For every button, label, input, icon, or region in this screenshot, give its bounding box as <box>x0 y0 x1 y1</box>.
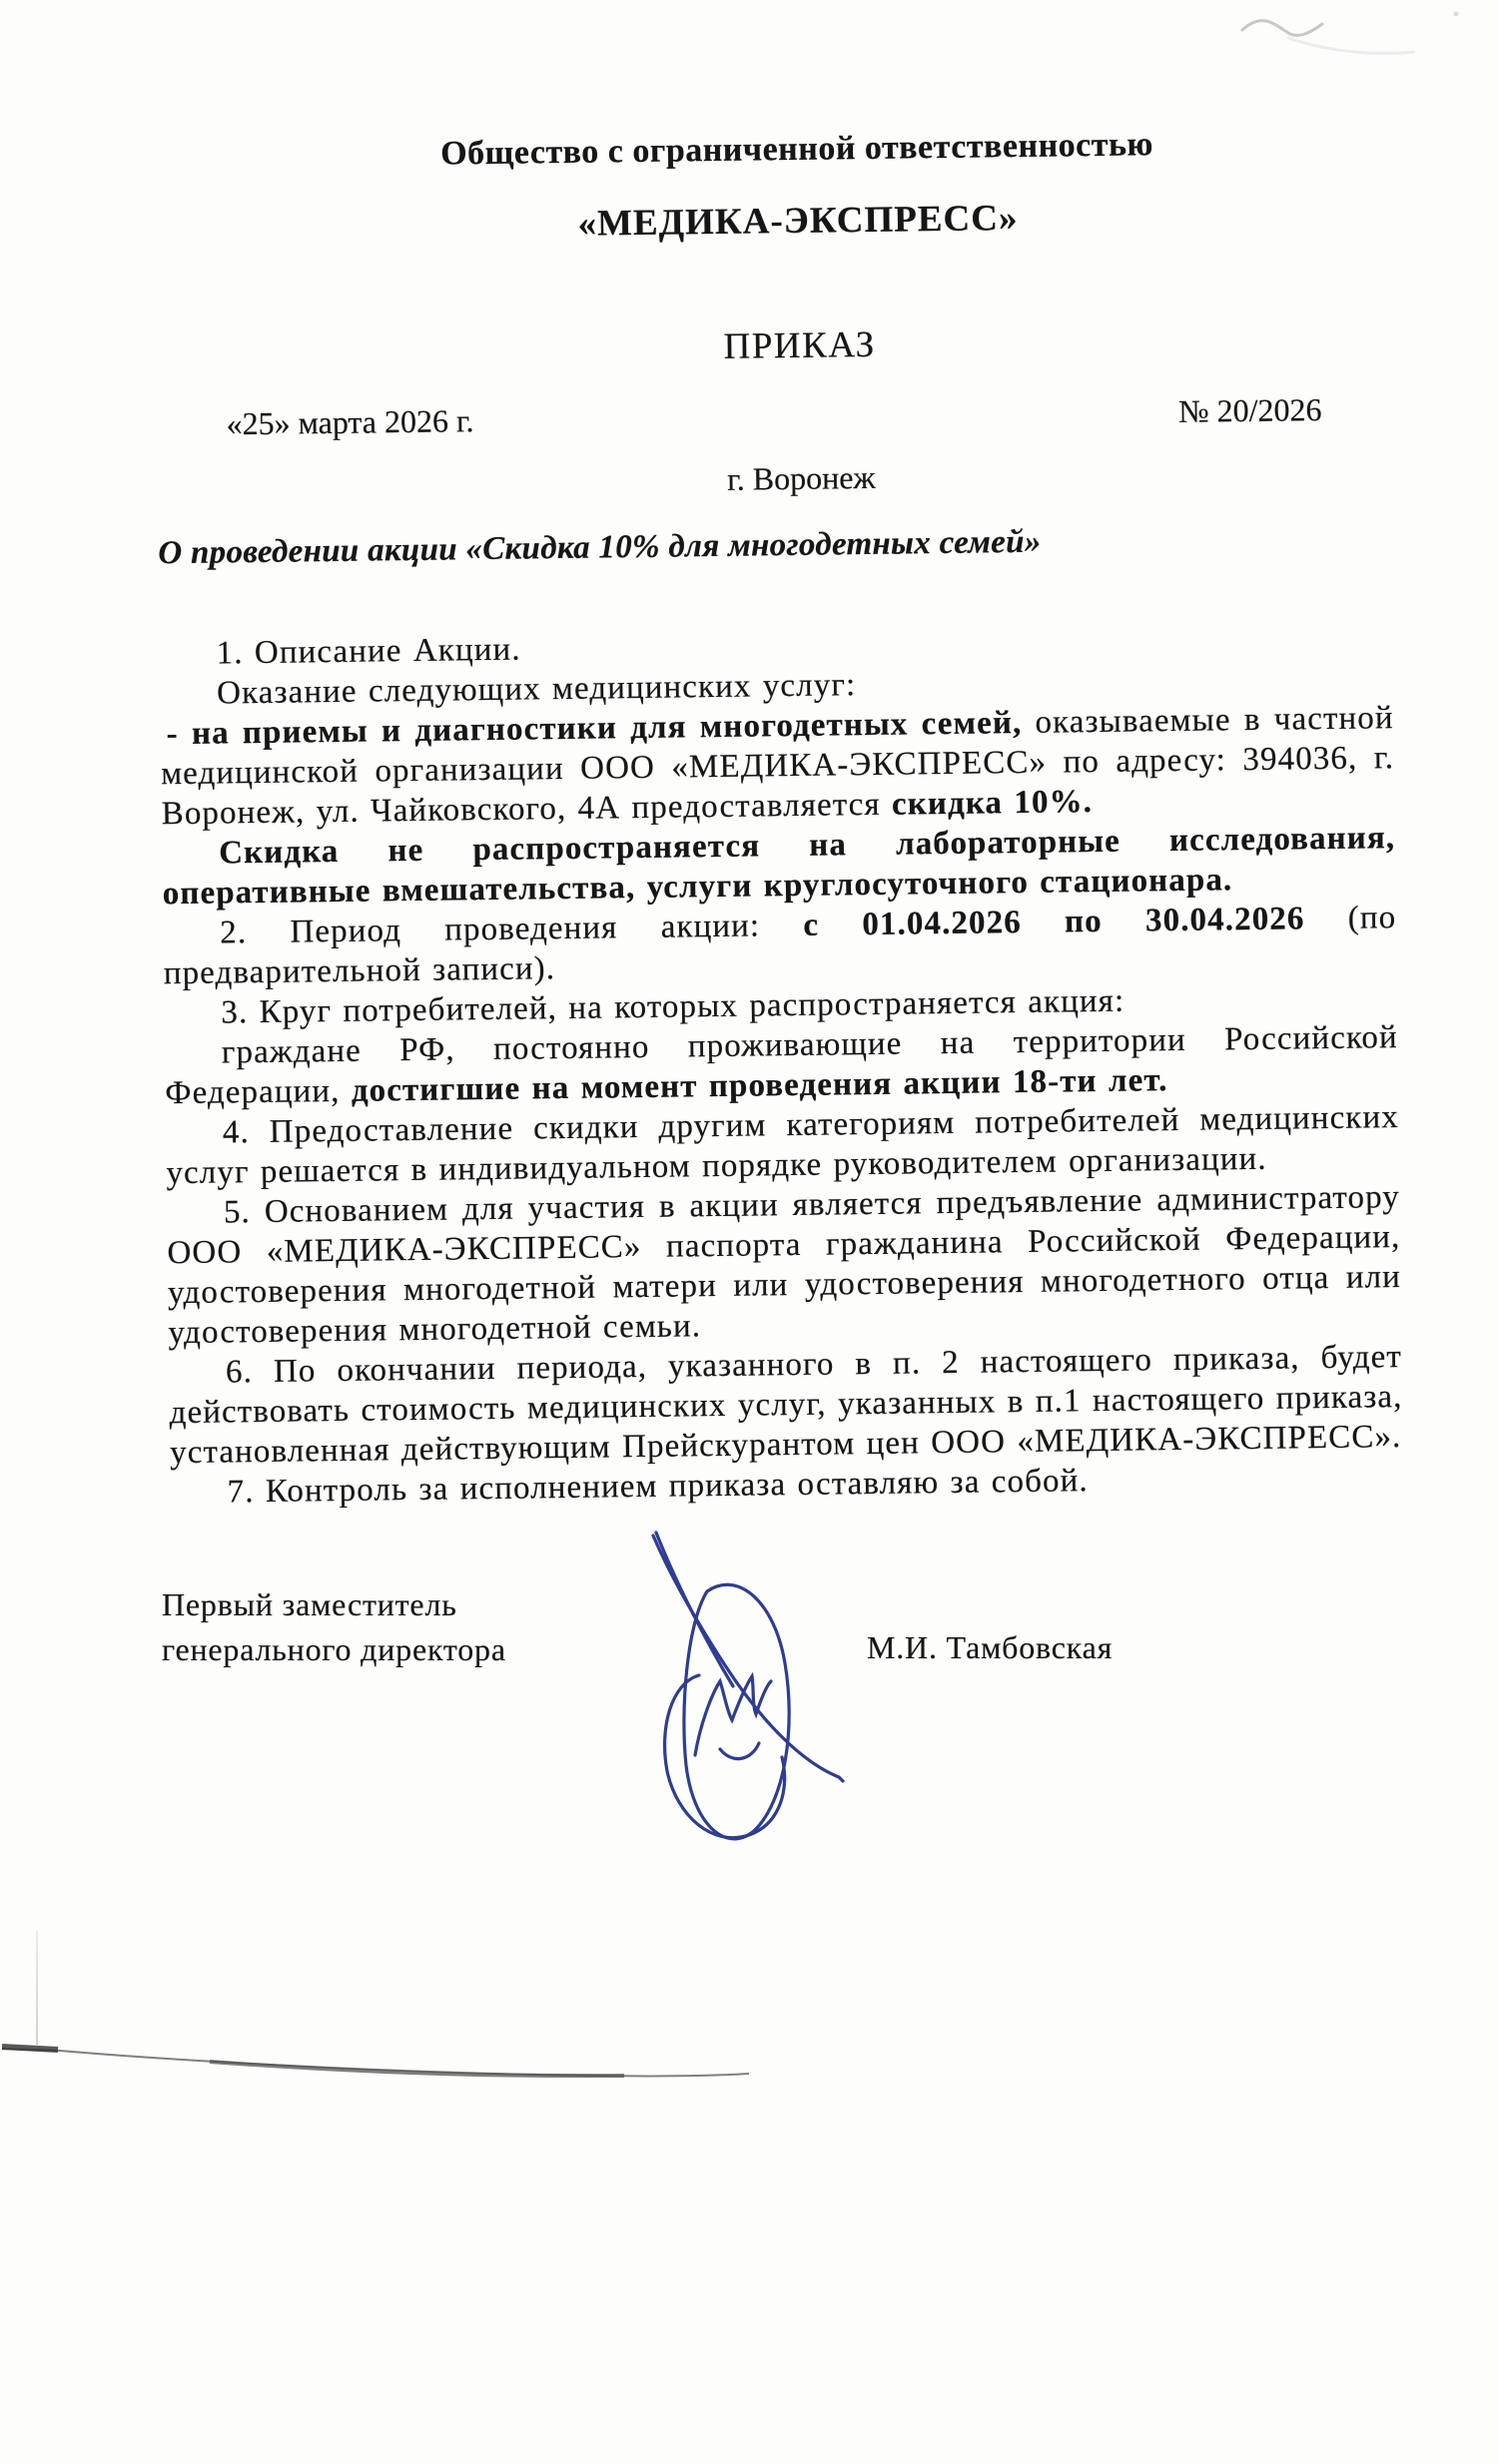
order-item-5: 5. Основанием для участия в акции являет… <box>167 1177 1402 1353</box>
order-document: Общество с ограниченной ответственностью… <box>153 119 1404 1513</box>
signatory-name: М.И. Тамбовская <box>867 1629 1113 1666</box>
order-item-6: 6. По окончании периода, указанного в п.… <box>169 1337 1403 1473</box>
order-body: 1. Описание Акции. Оказание следующих ме… <box>159 618 1403 1513</box>
item-2-lead: 2. Период проведения акции: <box>220 908 804 951</box>
bullet-bold-lead: - на приемы и диагностики для многодетны… <box>166 705 1022 752</box>
signatory-title-line1: Первый заместитель <box>162 1582 506 1627</box>
order-city: г. Воронеж <box>157 450 1390 506</box>
order-meta-row: «25» марта 2026 г. № 20/2026 <box>156 388 1389 444</box>
scan-artifact-bottom-line <box>0 2027 779 2097</box>
item-2-period-bold: с 01.04.2026 по 30.04.2026 <box>803 901 1305 943</box>
signatory-title-line2: генерального директора <box>162 1627 506 1672</box>
scanned-order-page: Общество с ограниченной ответственностью… <box>0 0 1498 2464</box>
signatory-title: Первый заместитель генерального директор… <box>162 1582 506 1672</box>
bullet-bold-tail: скидка 10%. <box>892 784 1093 823</box>
org-name-line1: Общество с ограниченной ответственностью <box>153 119 1386 180</box>
order-item-1-bullet: - на приемы и диагностики для многодетны… <box>160 698 1394 834</box>
signature-scribble <box>599 1524 899 1863</box>
doc-type-heading: ПРИКАЗ <box>155 315 1388 376</box>
order-number: № 20/2026 <box>1178 389 1322 431</box>
order-date: «25» марта 2026 г. <box>226 400 473 443</box>
org-name-line2: «МЕДИКА-ЭКСПРЕСС» <box>154 190 1388 254</box>
scan-artifact-left-edge <box>36 1931 38 2047</box>
scan-artifact-top-right <box>1228 0 1498 70</box>
order-subject: О проведении акции «Скидка 10% для много… <box>158 516 1391 574</box>
